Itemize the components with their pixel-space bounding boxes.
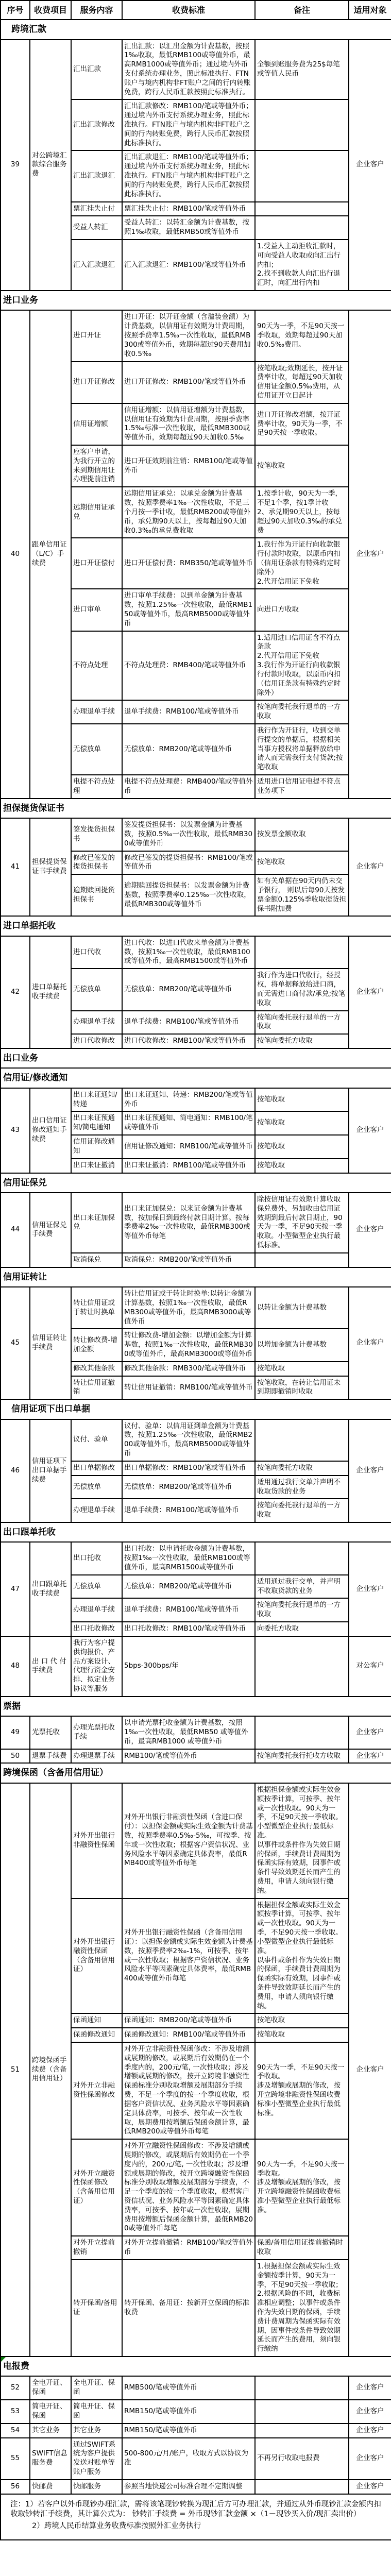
note-cell: 按笔收取 [255, 2013, 349, 2028]
service-cell: 票汇挂失止付 [71, 202, 122, 216]
note-cell: 以增加金额为计费基数 [255, 1329, 349, 1361]
target-cell: 企业客户 [349, 1193, 391, 1267]
footnote-line-2: 2）跨境人民币结算业务收费标准按照外汇业务执行 [5, 2521, 387, 2531]
standard-cell: 进口开证效期前注销：RMB100/笔或等值外币 [122, 445, 255, 487]
footnote-line-1: 注：1）若客户以外币现钞办理汇款，需将该笔现钞转换为现汇后方可办理汇款，并通过从… [5, 2500, 387, 2519]
note-cell: 适用通过我行交单并声明不收取货款的业务 [255, 1476, 349, 1499]
section-title: 信用证/修改通知 [1, 1068, 391, 1088]
note-cell: 按笔收取 [255, 1088, 349, 1112]
service-cell: 办理退单手续 [71, 700, 122, 724]
table-row: 50退票手续费办理退票手续RMB100/笔或等值外币按笔向委托我行托收方收取企业… [1, 1749, 391, 1764]
service-cell: 对外开出银行融资性保函（含备用信用证） [71, 1899, 122, 2014]
note-cell: 按笔向委托方收取 [255, 1034, 349, 1048]
note-cell: 1.我行作为开证行向收款银行付款时收取，以原币内扣（信用证条款有特殊约定时除外）… [255, 538, 349, 589]
standard-cell: 无偿放单：RMB200/笔或等值外币 [122, 724, 255, 775]
note-cell [255, 1636, 349, 1697]
fee-item-cell: 对公跨境汇款综合服务费 [30, 40, 71, 291]
section-row: 进口单据托收 [1, 916, 391, 936]
table-row: 52全电开证、保函全电开证、保函RMB500/笔或等值外币企业客户 [1, 2376, 391, 2400]
service-cell: 出口来证加保兑 [71, 1193, 122, 1253]
note-cell: 1.受益人主动拒收汇款时，可向受益人收取或向汇出行内扣； 2.找不到收款人向汇出… [255, 240, 349, 291]
section-row: 跨境保函（含备用信用证） [1, 1763, 391, 1783]
table-row: 46信用证项下出口单据手续费议付、验单议付、验单：以信用证到单金额为计费基数，按… [1, 1419, 391, 1461]
section-row: 信用证项下出口单据 [1, 1399, 391, 1419]
standard-cell: RMB100/笔或等值外币 [122, 1749, 255, 1764]
standard-cell: 对外开出银行非融资性保函（含进口保付）：以担保金额或实际生效金额为计费基数，按照… [122, 1783, 255, 1899]
fee-item-cell: 简电开证、保函 [30, 2400, 71, 2424]
standard-cell: 签发提货担保书：以发票金额为计费基数，按照0.5‰一次性收取，最低RMB300或… [122, 818, 255, 851]
standard-cell: 汇出汇款修改：RMB100/笔或等值外币；通过境内外币支付系统办理业务，照此标准… [122, 99, 255, 150]
seq-cell: 51 [1, 1783, 30, 2357]
service-cell: 电提不符点处理 [71, 775, 122, 799]
section-row: 信用证保兑 [1, 1173, 391, 1193]
seq-cell: 55 [1, 2438, 30, 2480]
note-cell: 向委托方收取 [255, 1622, 349, 1636]
note-cell: 1.适用进口信用证含不符点条款 2.代开信用证下免收 3.我行作为开证行向收款银… [255, 631, 349, 701]
fee-item-cell: 进口单据托收手续费 [30, 936, 71, 1048]
note-cell [255, 99, 349, 150]
service-cell: 其它业务 [71, 2424, 122, 2438]
target-cell: 对公客户 [349, 1636, 391, 1697]
note-cell: 按笔向委托我行托收方收取 [255, 1749, 349, 1764]
standard-cell: 进口代收修改：RMB100/笔或等值外币 [122, 1034, 255, 1048]
service-cell: 应客户申请，为我行开立的未到期信用证办理提前注销 [71, 445, 122, 487]
standard-cell: 信用证修改通知：RMB100/笔或等值外币 [122, 1135, 255, 1159]
section-row: 票据 [1, 1697, 391, 1716]
section-title: 跨境汇款 [1, 20, 391, 39]
note-cell: 按笔向委托我行退单的一方收取 [255, 1499, 349, 1522]
fee-item-cell: 出口跟单托收手续费 [30, 1542, 71, 1636]
fee-item-cell: 信用证转让手续费 [30, 1287, 71, 1399]
note-cell [255, 150, 349, 201]
service-cell: 进口开证 [71, 310, 122, 361]
service-cell: 快邮服务 [71, 2480, 122, 2494]
footnote-cell: 注：1）若客户以外币现钞办理汇款，需将该笔现钞转换为现汇后方可办理汇款，并通过从… [1, 2494, 391, 2540]
note-cell: 按笔收取;效期延长，按开证费率计收，每超过90天加收信用证金额0.5‰费用，从信… [255, 362, 349, 403]
fee-item-cell: SWIFT信息服务费 [30, 2438, 71, 2480]
service-cell: 签发提货担保书 [71, 818, 122, 851]
service-cell: 逾期赎回提货担保书 [71, 874, 122, 916]
service-cell: 通过SWIFT系统为客户提供发送对账单等账户服务 [71, 2438, 122, 2480]
note-cell [255, 202, 349, 216]
header-service: 服务内容 [71, 1, 122, 20]
note-cell: 按笔收取 [255, 1135, 349, 1159]
header-row: 序号 收费项目 服务内容 收费标准 备注 适用对象 [1, 1, 391, 20]
table-row: 44信用证保兑手续费出口来证加保兑出口来证加保兑：以来证金额为计费基数，按加保日… [1, 1193, 391, 1253]
note-cell: 全额到账服务费为25$每笔或等值人民币 [255, 40, 349, 100]
service-cell: 转让信用证或于转让时换单 [71, 1287, 122, 1329]
table-row: 41担保提货保证书手续费签发提货担保书签发提货担保书：以发票金额为计费基数，按照… [1, 818, 391, 851]
note-cell: 按发票金额收取 [255, 818, 349, 851]
section-title: 信用证转让 [1, 1267, 391, 1287]
table-row: 49光票托收办理光票托收手续以申请光票托收金额为计费基数，按照1‰一次性收取，最… [1, 1716, 391, 1749]
seq-cell: 46 [1, 1419, 30, 1522]
standard-cell: 参照当地快递公司标准合理不定期调整 [122, 2480, 255, 2494]
fee-item-cell: 信用证项下出口单据手续费 [30, 1419, 71, 1522]
standard-cell: 转让修改费-增加金额：以增加金额为计算基数，按照1‰一次性收取，最低RMB300… [122, 1329, 255, 1361]
standard-cell: 出口托收：以申请托收金额为计费基数，按照1‰一次性收取，最低RMB100或等值外… [122, 1542, 255, 1574]
table-footer: 注：1）若客户以外币现钞办理汇款，需将该笔现钞转换为现汇后方可办理汇款，并通过从… [1, 2494, 391, 2540]
standard-cell: 无偿放单：RMB200/笔或等值外币 [122, 969, 255, 1010]
fee-item-cell: 退票手续费 [30, 1749, 71, 1764]
section-title: 信用证保兑 [1, 1173, 391, 1193]
service-cell: 出口托收修改 [71, 1622, 122, 1636]
note-cell [255, 2400, 349, 2424]
target-cell: 企业客户 [349, 2400, 391, 2424]
service-cell: 对外开立提前撤销 [71, 2236, 122, 2260]
service-cell: 全电开证、保函 [71, 2376, 122, 2400]
target-cell: 企业客户 [349, 40, 391, 291]
fee-item-cell: 信用证保兑手续费 [30, 1193, 71, 1267]
seq-cell: 39 [1, 40, 30, 291]
service-cell: 进口开证修改 [71, 362, 122, 403]
fee-schedule-table: 序号 收费项目 服务内容 收费标准 备注 适用对象 跨境汇款39对公跨境汇款综合… [0, 0, 391, 2540]
service-cell: 远期信用证承兑 [71, 487, 122, 538]
header-standard: 收费标准 [122, 1, 255, 20]
seq-cell: 43 [1, 1088, 30, 1173]
note-cell: 向进口方收取 [255, 589, 349, 631]
fee-item-cell: 其它业务 [30, 2424, 71, 2438]
standard-cell: 远期信用证承兑：以承兑金额为计费基数，按照季费率1‰一次性收取，不足三个月按一季… [122, 487, 255, 538]
standard-cell: 退单手续费：RMB100/笔或等值外币 [122, 1499, 255, 1522]
standard-cell: 对外开出银行融资性保函（含备用信用证）：以担保金额或实际生效金额为计费基数，按照… [122, 1899, 255, 2014]
header-fee-item: 收费项目 [30, 1, 71, 20]
service-cell: 办理退单手续 [71, 1499, 122, 1522]
note-cell: 按笔收取 [255, 1159, 349, 1173]
note-cell: 保函/备用信用证提前撤销时收取 [255, 2236, 349, 2260]
standard-cell: 不符点处理费：RMB400/笔或等值外币 [122, 631, 255, 701]
standard-cell: 退单手续费：RMB100/笔或等值外币 [122, 700, 255, 724]
note-cell [255, 2376, 349, 2400]
standard-cell: 汇出汇款退汇：RMB100/笔或等值外币；通过境内外币支付系统办理业务，照此标准… [122, 150, 255, 201]
note-cell: 除按信用证有效期计算收取保兑费外，另加收由信用证效期到最后付款日期止，90天为一… [255, 1193, 349, 1253]
fee-item-cell: 出 口 代 付手续费 [30, 1636, 71, 1697]
standard-cell: 退单手续费：RMB100/笔或等值外币 [122, 1011, 255, 1035]
target-cell: 企业客户 [349, 1088, 391, 1173]
fee-item-cell: 光票托收 [30, 1716, 71, 1749]
note-cell [255, 216, 349, 240]
seq-cell: 40 [1, 310, 30, 798]
standard-cell: 500-800元/月/账户，收取方式以协议为准 [122, 2438, 255, 2480]
target-cell: 企业客户 [349, 2376, 391, 2400]
standard-cell: 出口托收修改：RMB100/笔或等值外币 [122, 1622, 255, 1636]
service-cell: 对外开立融资性保函修改（含备用信用证） [71, 2139, 122, 2236]
standard-cell: 进口开证偿付费：RMB350/笔或等值外币 [122, 538, 255, 589]
service-cell: 出口来证预通知/简电通知 [71, 1111, 122, 1135]
note-cell: 适用进口信用证电提不符点业务项下 [255, 775, 349, 799]
section-title: 票据 [1, 1697, 391, 1716]
standard-cell: 受益人转汇：以转汇金额为计费基数，按照1‰收取，最低RMB50或等值外币 [122, 216, 255, 240]
note-cell [255, 1542, 349, 1574]
service-cell: 议付、验单 [71, 1419, 122, 1461]
table-row: 48出 口 代 付手续费我行为客户提供询报价、产品方案设计、代理行资金安排、拟定… [1, 1636, 391, 1697]
standard-cell: 进口审单手续费：以到单金额为计费基数，按照1.25‰一次性收取，最低RMB150… [122, 589, 255, 631]
section-title: 出口跟单托收 [1, 1522, 391, 1542]
standard-cell: 转让信用证撤销：RMB100/笔或等值外币 [122, 1376, 255, 1400]
table-body: 跨境汇款39对公跨境汇款综合服务费汇出汇款汇出汇款：以汇出金额为计费基数，按照1… [1, 20, 391, 2494]
note-cell [255, 1419, 349, 1461]
standard-cell: 汇入汇款退汇：RMB100/笔或等值外币 [122, 240, 255, 291]
service-cell: 转开保函/备用证 [71, 2260, 122, 2357]
note-cell: 以转让金额为计费基数 [255, 1287, 349, 1329]
service-cell: 简电开证、保函 [71, 2400, 122, 2424]
service-cell: 无偿放单 [71, 724, 122, 775]
standard-cell: 无偿放单：RMB200/笔或等值外币 [122, 1575, 255, 1599]
header-target: 适用对象 [349, 1, 391, 20]
standard-cell: 票汇挂失止付：RMB100/笔或等值外币 [122, 202, 255, 216]
service-cell: 办理退票手续 [71, 1749, 122, 1764]
note-cell: 90天为一季，不足90天按一季收取。 涉及增额或展期的修改，按开立跨境融资性保函… [255, 2139, 349, 2236]
note-cell: 按笔向委托方收取 [255, 1461, 349, 1476]
note-cell: 如有关单据在90天内仍未交予银行， 则以后每90天按发票金额0.125%季收取提… [255, 874, 349, 916]
standard-cell: 5bps-300bps/年 [122, 1636, 255, 1697]
service-cell: 修改已签发的提货担保书 [71, 851, 122, 875]
service-cell: 办理退单手续 [71, 1598, 122, 1622]
standard-cell: RMB150/笔或等值外币 [122, 2424, 255, 2438]
service-cell: 转让修改费-增加金额 [71, 1329, 122, 1361]
note-cell: 按笔收取 [255, 2028, 349, 2042]
header-note: 备注 [255, 1, 349, 20]
service-cell: 出口来证撤消 [71, 1159, 122, 1173]
note-cell: 按笔收取 [255, 445, 349, 487]
note-cell: 1.按季计收，90天为一季，不足1个季，按1季计收 2、承兑期90天以上，按每超… [255, 487, 349, 538]
service-cell: 无偿放单 [71, 969, 122, 1010]
fee-item-cell: 全电开证、保函 [30, 2376, 71, 2400]
section-title: 进口业务 [1, 291, 391, 310]
target-cell: 企业客户 [349, 1419, 391, 1522]
seq-cell: 50 [1, 1749, 30, 1764]
section-row: 信用证/修改通知 [1, 1068, 391, 1088]
note-cell [255, 2424, 349, 2438]
service-cell: 进口代收 [71, 936, 122, 969]
target-cell: 企业客户 [349, 1542, 391, 1636]
section-row: 跨境汇款 [1, 20, 391, 39]
standard-cell: 无偿放单：RMB200/笔或等值外币 [122, 1476, 255, 1499]
table-row: 56快邮费快邮服务参照当地快递公司标准合理不定期调整企业客户 [1, 2480, 391, 2494]
target-cell: 企业客户 [349, 1716, 391, 1749]
target-cell: 企业客户 [349, 2480, 391, 2494]
table-row: 40跟单信用证（L/C）手续费进口开证进口开证：以开证金额（含溢装金额）为计费基… [1, 310, 391, 361]
service-cell: 无偿放单 [71, 1476, 122, 1499]
service-cell: 进口开证偿付 [71, 538, 122, 589]
service-cell: 信用证增额 [71, 403, 122, 445]
standard-cell: 对外开立非融资性保函修改：不涉及增额或展期的修改，或展期后有效期仍在一个季度内的… [122, 2042, 255, 2139]
service-cell: 出口来证通知/转递 [71, 1088, 122, 1112]
service-cell: 我行为客户提供询报价、产品方案设计、代理行资金安排、拟定业务协议等服务 [71, 1636, 122, 1697]
section-title: 进口单据托收 [1, 916, 391, 936]
service-cell: 信用证修改通知 [71, 1135, 122, 1159]
fee-item-cell: 快邮费 [30, 2480, 71, 2494]
table-header: 序号 收费项目 服务内容 收费标准 备注 适用对象 [1, 1, 391, 20]
service-cell: 出口单据修改 [71, 1461, 122, 1476]
note-cell: 1.根据担保金额或实际生效金额按季计算，90天为一季，不足90天按一季收取； 2… [255, 2260, 349, 2357]
note-cell: 按笔收取 [255, 851, 349, 875]
standard-cell: 出口来证加保兑：以来证金额为计费基数，按加保日到最终付款日期计算。按每季费率2‰… [122, 1193, 255, 1253]
note-cell: 90天为一季，不足90天按一季收取。 涉及增额或展期的修改，按开立跨境非融资性保… [255, 2042, 349, 2139]
service-cell: 进口审单 [71, 589, 122, 631]
service-cell: 保函修改通知 [71, 2028, 122, 2042]
seq-cell: 44 [1, 1193, 30, 1267]
note-cell: 按笔收取 [255, 1362, 349, 1376]
standard-cell: 出口来证预通知、简电通知：RMB100/笔或等值外币 [122, 1111, 255, 1135]
note-cell: 按笔收取 [255, 1111, 349, 1135]
standard-cell: 取消保兑：RMB200/笔或等值外币 [122, 1253, 255, 1267]
target-cell: 企业客户 [349, 818, 391, 916]
standard-cell: 议付、验单：以信用证到单金额为计费基数，按照1.25‰一次性收取，最低RMB20… [122, 1419, 255, 1461]
target-cell: 企业客户 [349, 2438, 391, 2480]
standard-cell: RMB500/笔或等值外币 [122, 2376, 255, 2400]
standard-cell: 进口开证修改：RMB100/笔或等值外币 [122, 362, 255, 403]
note-cell [255, 2480, 349, 2494]
standard-cell: 汇出汇款：以汇出金额为计费基数，按照1‰收取，最低RMB100或等值外币，最高R… [122, 40, 255, 100]
standard-cell: 对外开立提前撤销：RMB100/笔或等值外币 [122, 2236, 255, 2260]
service-cell: 取消保兑 [71, 1253, 122, 1267]
section-row: 信用证转让 [1, 1267, 391, 1287]
service-cell: 汇出汇款退汇 [71, 150, 122, 201]
service-cell: 对外开出银行非融资性保函 [71, 1783, 122, 1899]
seq-cell: 45 [1, 1287, 30, 1399]
note-cell: 进口开证修改增额，按开证费率计收，90天为一季，不足90天按一季收取。 [255, 403, 349, 445]
section-title: 信用证项下出口单据 [1, 1399, 391, 1419]
section-title: 出口业务 [1, 1048, 391, 1068]
fee-item-cell: 跨境保函手续费（含备用信用证） [30, 1783, 71, 2357]
section-row: 出口业务 [1, 1048, 391, 1068]
seq-cell: 48 [1, 1636, 30, 1697]
service-cell: 不符点处理 [71, 631, 122, 701]
standard-cell: 修改其他条款：RMB300/笔或等值外币 [122, 1362, 255, 1376]
standard-cell: 进口代收：以进口代收来单金额为计费基数，按照1‰一次性收取，最低RMB100或等… [122, 936, 255, 969]
note-cell: 我行作为开证行，收到交单行提交的单据后，根据相关当事方授权将单据释放给申请人而无… [255, 724, 349, 775]
footnote-row: 注：1）若客户以外币现钞办理汇款，需将该笔现钞转换为现汇后方可办理汇款，并通过从… [1, 2494, 391, 2540]
service-cell: 办理退单手续 [71, 1011, 122, 1035]
table-row: 54其它业务其它业务RMB150/笔或等值外币企业客户 [1, 2424, 391, 2438]
table-row: 42进口单据托收手续费进口代收进口代收：以进口代收来单金额为计费基数，按照1‰一… [1, 936, 391, 969]
note-cell: 按笔向委托我行退单的一方收取 [255, 700, 349, 724]
seq-cell: 41 [1, 818, 30, 916]
note-cell: 按笔收取，在转让信用证未到期即撤销时收取 [255, 1376, 349, 1400]
standard-cell: RMB150/笔或等值外币 [122, 2400, 255, 2424]
standard-cell: 转开保函、备用证：按新开立保函的标准收费 [122, 2260, 255, 2357]
header-seq: 序号 [1, 1, 30, 20]
seq-cell: 54 [1, 2424, 30, 2438]
standard-cell: 保函修改通知：RMB100/笔或等值外币 [122, 2028, 255, 2042]
seq-cell: 42 [1, 936, 30, 1048]
seq-cell: 53 [1, 2400, 30, 2424]
target-cell: 企业客户 [349, 2424, 391, 2438]
target-cell: 企业客户 [349, 1749, 391, 1764]
section-title: 跨境保函（含备用信用证） [1, 1763, 391, 1783]
service-cell: 对外开立非融资性保函修改 [71, 2042, 122, 2139]
table-row: 45信用证转让手续费转让信用证或于转让时换单转让信用证或于转让时换单:以转让金额… [1, 1287, 391, 1329]
fee-item-cell: 跟单信用证（L/C）手续费 [30, 310, 71, 798]
seq-cell: 47 [1, 1542, 30, 1636]
note-cell [255, 936, 349, 969]
note-cell: 90天为一季，不足90天按一季收取，效期每超过90天加收0.5‰费用。 [255, 310, 349, 361]
table-row: 47出口跟单托收手续费出口托收出口托收：以申请托收金额为计费基数，按照1‰一次性… [1, 1542, 391, 1574]
seq-cell: 49 [1, 1716, 30, 1749]
target-cell: 企业客户 [349, 310, 391, 798]
standard-cell: 电提不符点处理费：RMB400/笔或等值外币 [122, 775, 255, 799]
standard-cell: 保函通知：RMB200/笔或等值外币 [122, 2013, 255, 2028]
table-row: 43出口信用证修改通知手续费出口来证通知/转递出口来证通知、转递：RMB200/… [1, 1088, 391, 1112]
target-cell: 企业客户 [349, 936, 391, 1048]
table-row: 39对公跨境汇款综合服务费汇出汇款汇出汇款：以汇出金额为计费基数，按照1‰收取，… [1, 40, 391, 100]
standard-cell: 信用证增额：以信用证增额为计费基数，以信用证有效期为计费周期，按照季费率1.5‰… [122, 403, 255, 445]
note-cell: 我行作为进口代收行，经授权，将单据释放给进口商，而无需进口商付款/承兑;按笔收取 [255, 969, 349, 1010]
note-cell [255, 1716, 349, 1749]
service-cell: 保函通知 [71, 2013, 122, 2028]
service-cell: 受益人转汇 [71, 216, 122, 240]
standard-cell: 进口开证：以开证金额（含溢装金额）为计费基数，以信用证有效期为计费周期，按照季费… [122, 310, 255, 361]
service-cell: 进口代收修改 [71, 1034, 122, 1048]
target-cell: 企业客户 [349, 1287, 391, 1399]
section-title: 担保提货保证书 [1, 799, 391, 818]
service-cell: 汇出汇款修改 [71, 99, 122, 150]
table-row: 53简电开证、保函简电开证、保函RMB150/笔或等值外币企业客户 [1, 2400, 391, 2424]
note-cell: 按笔向委托我行退单的一方收取 [255, 1011, 349, 1035]
standard-cell: 出口来证通知、转递：RMB200/笔或等值外币 [122, 1088, 255, 1112]
note-cell: 适用通过我行交单，并声明不收取货款的业务 [255, 1575, 349, 1599]
service-cell: 汇出汇款 [71, 40, 122, 100]
fee-item-cell: 担保提货保证书手续费 [30, 818, 71, 916]
section-row: 出口跟单托收 [1, 1522, 391, 1542]
service-cell: 转让信用证撤销 [71, 1376, 122, 1400]
standard-cell: 退单手续费：RMB100/笔或等值外币 [122, 1598, 255, 1622]
standard-cell: 出口来证撤消：RMB100/笔或等值外币 [122, 1159, 255, 1173]
target-cell: 企业客户 [349, 1783, 391, 2357]
standard-cell: 逾期赎回提货担保书：以发票金额为计费基数，按照季费率0.125‰一次性收取，最低… [122, 874, 255, 916]
note-cell: 根据担保金额或实际生效金额按季计算，可按季、按年或一次性收取。90天为一季，不足… [255, 1899, 349, 2014]
note-cell: 按笔向委托我行退单的一方收取 [255, 1598, 349, 1622]
standard-cell: 以申请光票托收金额为计费基数，按照1‰一次性收取，最低RMB50 或等值外币，最… [122, 1716, 255, 1749]
standard-cell: 修改已签发的提货担保书：RMB100/笔或等值外币 [122, 851, 255, 875]
service-cell: 无偿放单 [71, 1575, 122, 1599]
section-row: 担保提货保证书 [1, 799, 391, 818]
section-row: 电报费 [1, 2357, 391, 2376]
note-cell: 不再另行收取电报费 [255, 2438, 349, 2480]
service-cell: 修改其他条款 [71, 1362, 122, 1376]
service-cell: 办理光票托收手续 [71, 1716, 122, 1749]
note-cell: 根据担保金额或实际生效金额按季计算，可按季、按年或一次性收取。90天为一季，不足… [255, 1783, 349, 1899]
standard-cell: 转让信用证或于转让时换单:以转让金额为计算基数，按照1‰一次性收取，最低RMB3… [122, 1287, 255, 1329]
note-cell [255, 1253, 349, 1267]
table-row: 55SWIFT信息服务费通过SWIFT系统为客户提供发送对账单等账户服务500-… [1, 2438, 391, 2480]
standard-cell: 出口单据修改：RMB100/笔或等值外币 [122, 1461, 255, 1476]
service-cell: 出口托收 [71, 1542, 122, 1574]
table-row: 51跨境保函手续费（含备用信用证）对外开出银行非融资性保函对外开出银行非融资性保… [1, 1783, 391, 1899]
standard-cell: 对外开立融资性保函修改：不涉及增额或展期的修改，或展期后有效期仍在一个季度内的，… [122, 2139, 255, 2236]
seq-cell: 52 [1, 2376, 30, 2400]
seq-cell: 56 [1, 2480, 30, 2494]
section-title: 电报费 [1, 2357, 391, 2376]
fee-item-cell: 出口信用证修改通知手续费 [30, 1088, 71, 1173]
section-row: 进口业务 [1, 291, 391, 310]
service-cell: 汇入汇款退汇 [71, 240, 122, 291]
